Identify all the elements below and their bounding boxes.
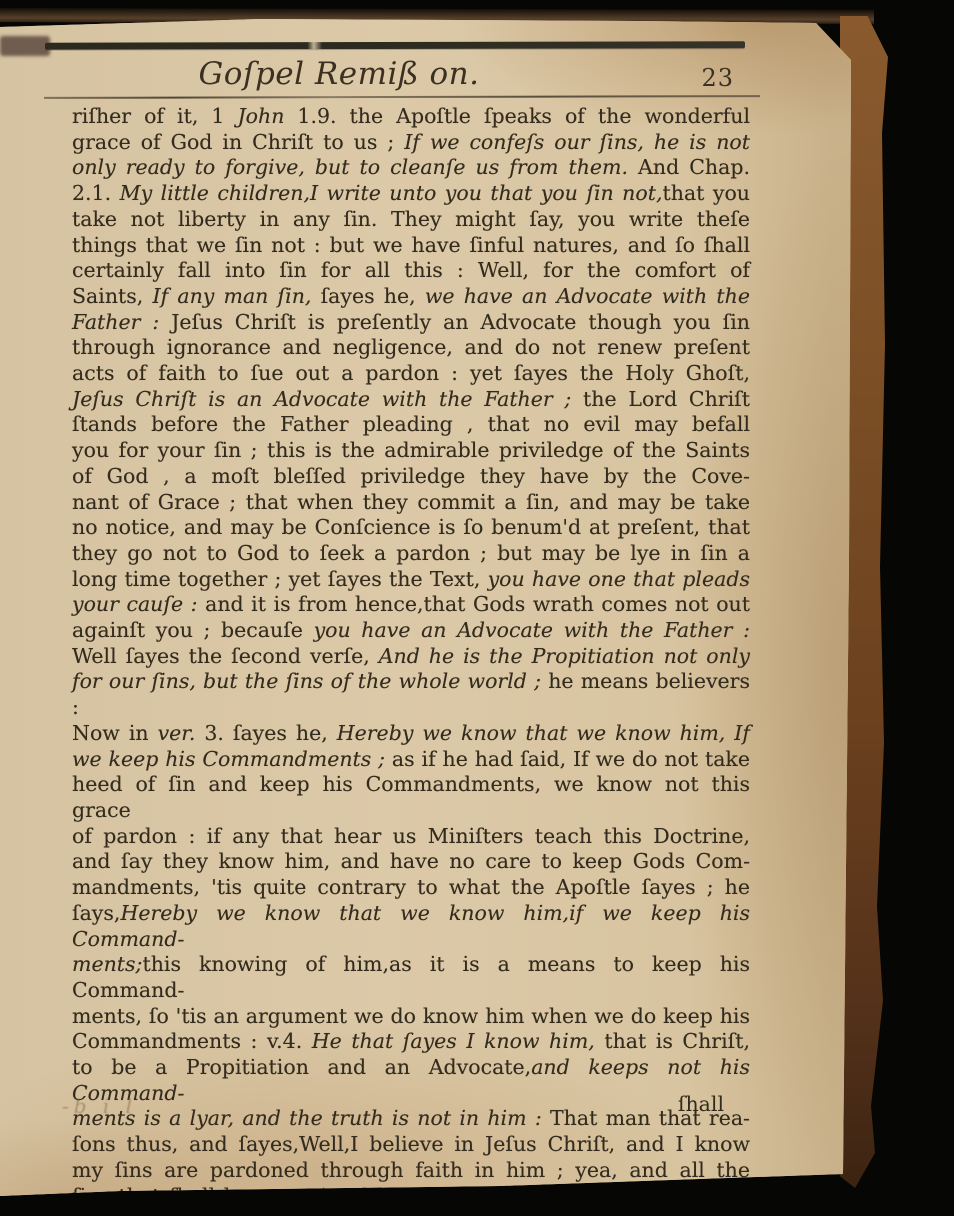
text-line: mandments, 'tis quite contrary to what t… (72, 875, 750, 901)
italic-text-segment: we keep his Commandments ; (72, 747, 385, 771)
text-segment: acts of faith to ſue out a pardon : yet … (72, 361, 750, 385)
text-line: againſt you ; becauſe you have an Advoca… (72, 618, 750, 644)
text-segment: no notice, and may be Conſcience is ſo b… (72, 515, 750, 539)
italic-text-segment: ments; (72, 952, 142, 976)
text-line: of pardon : if any that hear us Miniſter… (72, 824, 750, 850)
text-segment: that you (663, 181, 751, 205)
text-line: of God , a moſt bleſſed priviledge they … (72, 464, 750, 490)
text-segment: heed of ſin and keep his Commandments, w… (72, 772, 750, 822)
text-line: Saints, If any man ſin, ſayes he, we hav… (72, 284, 750, 310)
text-line: you for your ſin ; this is the admirable… (72, 438, 750, 464)
text-line: things that we ſin not : but we have ſin… (72, 233, 750, 259)
text-segment: Jeſus Chriſt is preſently an Advocate th… (159, 310, 750, 334)
text-segment: to be a Propitiation and an Advocate, (72, 1055, 531, 1079)
text-line: only ready to forgive, but to cleanſe us… (72, 155, 750, 181)
italic-text-segment: If any man ſin, (152, 284, 311, 308)
italic-text-segment: If we confeſs our ſins, he is not (404, 130, 750, 154)
italic-text-segment: for our ſins, but the ſins of the whole … (72, 669, 541, 693)
text-line: your cauſe : and it is from hence,that G… (72, 592, 750, 618)
text-segment: that is Chriſt, (595, 1029, 750, 1053)
text-line: ſays,Hereby we know that we know him,if … (72, 901, 750, 952)
text-segment: this knowing of him,as it is a means to … (72, 952, 750, 1002)
text-segment: of pardon : if any that hear us Miniſter… (72, 824, 750, 848)
italic-text-segment: He that ſayes I know him, (312, 1029, 595, 1053)
text-segment: ſins that ſhall be committed, a pardon i… (72, 1184, 750, 1208)
header-rule-thick (45, 41, 745, 49)
text-segment: 2.1. (72, 181, 120, 205)
italic-text-segment: Father : (72, 310, 159, 334)
text-line: my ſins are pardoned through faith in hi… (72, 1158, 750, 1184)
page-title: Goſpel Remiß on. (45, 56, 633, 92)
text-line: 2.1. My little children,I write unto you… (72, 181, 750, 207)
text-line: ſtands before the Father pleading , that… (72, 412, 750, 438)
binding-smudge (0, 36, 50, 56)
text-segment: of God , a moſt bleſſed priviledge they … (72, 464, 750, 488)
page-number: 23 (701, 64, 734, 92)
text-segment: as if he had ſaid, If we do not take (385, 747, 750, 771)
text-line: long time together ; yet ſayes the Text,… (72, 567, 750, 593)
text-line: for our ſins, but the ſins of the whole … (72, 669, 750, 720)
text-segment: And Chap. (628, 155, 750, 179)
text-segment: riſher of it, 1 (72, 104, 237, 128)
text-line: and ſay they know him, and have no care … (72, 849, 750, 875)
text-line: no notice, and may be Conſcience is ſo b… (72, 515, 750, 541)
text-line: ments, ſo 'tis an argument we do know hi… (72, 1004, 750, 1030)
text-segment: Now in (72, 721, 158, 745)
bleedthrough-text: -b i l (62, 1094, 137, 1118)
text-line: they go not to God to ſeek a pardon ; bu… (72, 541, 750, 567)
italic-text-segment: we have an Advocate with the (425, 284, 750, 308)
italic-text-segment: you have one that pleads (488, 567, 750, 591)
book-page: Goſpel Remiß on. 23 riſher of it, 1 John… (0, 0, 856, 1202)
text-line: riſher of it, 1 John 1.9. the Apoſtle ſp… (72, 104, 750, 130)
text-segment: through ignorance and negligence, and do… (72, 335, 750, 359)
text-segment: and ſay they know him, and have no care … (72, 849, 750, 873)
text-segment: my ſins are pardoned through faith in hi… (72, 1158, 750, 1182)
italic-text-segment: John (237, 104, 284, 128)
text-segment: ments, ſo 'tis an argument we do know hi… (72, 1004, 750, 1028)
scan-background: Goſpel Remiß on. 23 riſher of it, 1 John… (0, 0, 954, 1216)
text-segment: ſays, (72, 901, 120, 925)
italic-text-segment: ver. (158, 721, 196, 745)
text-segment: and it is from hence,that Gods wrath com… (198, 592, 750, 616)
italic-text-segment: And he is the Propitiation not only (379, 644, 750, 668)
text-line: take not liberty in any ſin. They might … (72, 207, 750, 233)
text-segment: ſtands before the Father pleading , that… (72, 412, 750, 436)
body-text: riſher of it, 1 John 1.9. the Apoſtle ſp… (72, 104, 750, 1209)
text-line: certainly fall into ſin for all this : W… (72, 258, 750, 284)
text-line: ments;this knowing of him,as it is a mea… (72, 952, 750, 1003)
text-line: Commandments : v.4. He that ſayes I know… (72, 1029, 750, 1055)
text-line: grace of God in Chriſt to us ; If we con… (72, 130, 750, 156)
text-segment: againſt you ; becauſe (72, 618, 314, 642)
text-segment: nant of Grace ; that when they commit a … (72, 490, 750, 514)
text-segment: Commandments : v.4. (72, 1029, 312, 1053)
italic-text-segment: Hereby we know that we know him, If (337, 721, 750, 745)
italic-text-segment: your cauſe : (72, 592, 198, 616)
text-segment: 3. ſayes he, (195, 721, 336, 745)
text-segment: ſayes he, (311, 284, 424, 308)
text-segment: the Lord Chriſt (571, 387, 750, 411)
text-line: Jeſus Chriſt is an Advocate with the Fat… (72, 387, 750, 413)
text-segment: grace of God in Chriſt to us ; (72, 130, 404, 154)
text-line: nant of Grace ; that when they commit a … (72, 490, 750, 516)
text-segment: things that we ſin not : but we have ſin… (72, 233, 750, 257)
text-segment: mandments, 'tis quite contrary to what t… (72, 875, 750, 899)
text-segment: long time together ; yet ſayes the Text, (72, 567, 488, 591)
text-segment: certainly fall into ſin for all this : W… (72, 258, 750, 282)
italic-text-segment: Hereby we know that we know him,if we ke… (72, 901, 750, 951)
text-segment: ſons thus, and ſayes,Well,I believe in J… (72, 1132, 750, 1156)
italic-text-segment: only ready to forgive, but to cleanſe us… (72, 155, 628, 179)
text-line: Father : Jeſus Chriſt is preſently an Ad… (72, 310, 750, 336)
catchword: ſhall (678, 1092, 724, 1116)
running-header: Goſpel Remiß on. 23 (45, 56, 748, 100)
text-line: heed of ſin and keep his Commandments, w… (72, 772, 750, 823)
text-line: acts of faith to ſue out a pardon : yet … (72, 361, 750, 387)
text-line: Now in ver. 3. ſayes he, Hereby we know … (72, 721, 750, 747)
catchword-row: ſhall (72, 1092, 750, 1116)
text-segment: Saints, (72, 284, 152, 308)
text-segment: they go not to God to ſeek a pardon ; bu… (72, 541, 750, 565)
text-line: ſins that ſhall be committed, a pardon i… (72, 1184, 750, 1210)
text-line: ſons thus, and ſayes,Well,I believe in J… (72, 1132, 750, 1158)
text-line: Well ſayes the ſecond verſe, And he is t… (72, 644, 750, 670)
text-line: through ignorance and negligence, and do… (72, 335, 750, 361)
italic-text-segment: you have an Advocate with the Father : (314, 618, 750, 642)
text-segment: Well ſayes the ſecond verſe, (72, 644, 379, 668)
italic-text-segment: Jeſus Chriſt is an Advocate with the Fat… (72, 387, 571, 411)
italic-text-segment: My little children,I write unto you that… (120, 181, 663, 205)
text-segment: take not liberty in any ſin. They might … (72, 207, 750, 231)
text-segment: 1.9. the Apoſtle ſpeaks of the wonderful (284, 104, 750, 128)
text-segment: you for your ſin ; this is the admirable… (72, 438, 750, 462)
text-line: we keep his Commandments ; as if he had … (72, 747, 750, 773)
